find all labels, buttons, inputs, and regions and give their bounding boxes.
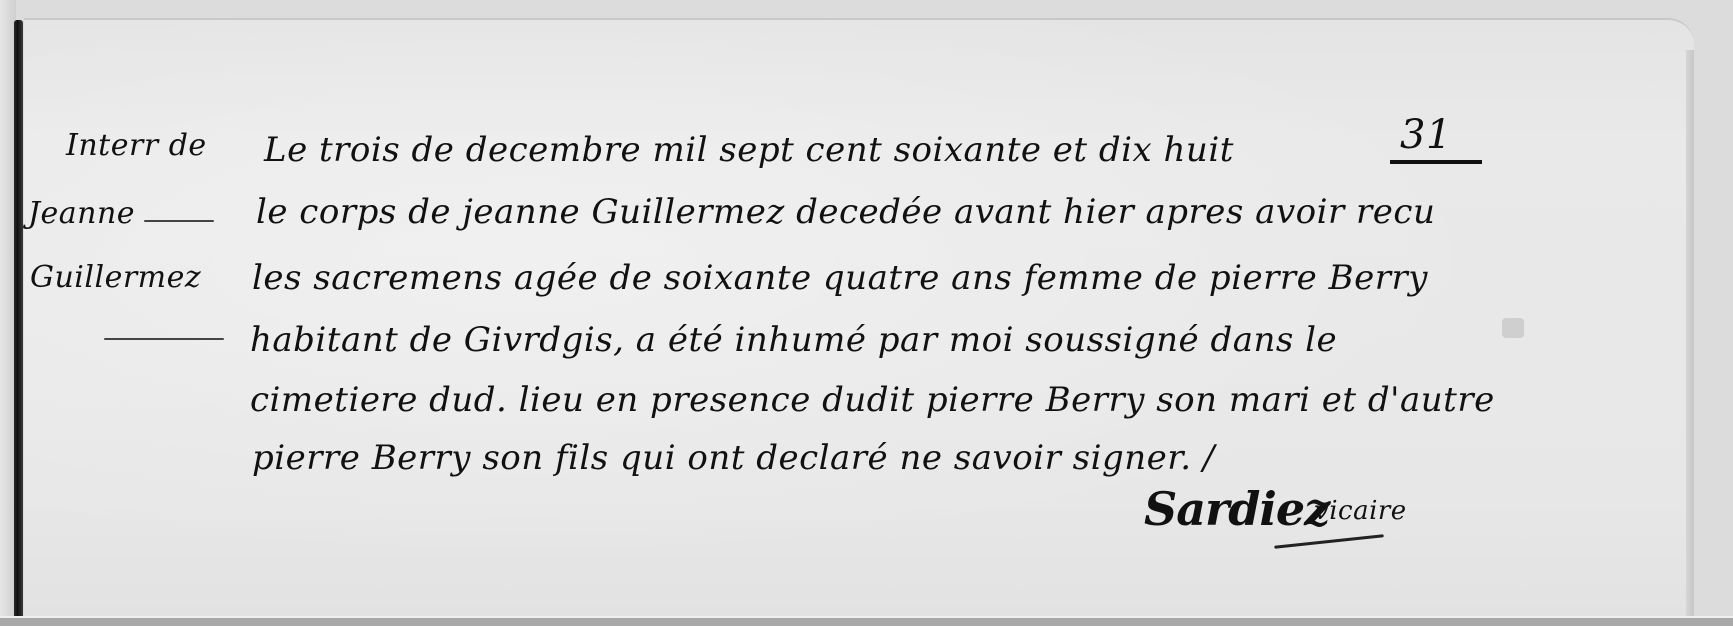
register-page: Interr de Jeanne Guillermez 31 Le trois … [24, 18, 1694, 620]
page-edge [1686, 50, 1694, 620]
entry-line-6: pierre Berry son fils qui ont declaré ne… [252, 438, 1215, 478]
signature-name: Sardiez [1144, 482, 1329, 536]
entry-line-3: les sacremens agée de soixante quatre an… [252, 258, 1428, 298]
document-viewer: Interr de Jeanne Guillermez 31 Le trois … [0, 0, 1733, 626]
entry-line-5: cimetiere dud. lieu en presence dudit pi… [250, 380, 1495, 420]
paper-stain [1502, 318, 1524, 338]
entry-line-2: le corps de jeanne Guillermez decedée av… [256, 192, 1435, 232]
margin-heading: Interr de [66, 128, 207, 163]
margin-name-last: Guillermez [30, 260, 201, 295]
margin-dash [104, 338, 224, 340]
binding-line [14, 20, 23, 620]
entry-line-1: Le trois de decembre mil sept cent soixa… [264, 130, 1234, 170]
signature-title: vicaire [1314, 496, 1407, 526]
record-number: 31 [1390, 112, 1482, 164]
margin-dash [144, 220, 214, 222]
entry-line-4: habitant de Givrdgis, a été inhumé par m… [250, 320, 1337, 360]
margin-name-first: Jeanne [28, 196, 135, 231]
viewer-bottom-bar [0, 616, 1733, 626]
signature-flourish [1274, 534, 1384, 548]
